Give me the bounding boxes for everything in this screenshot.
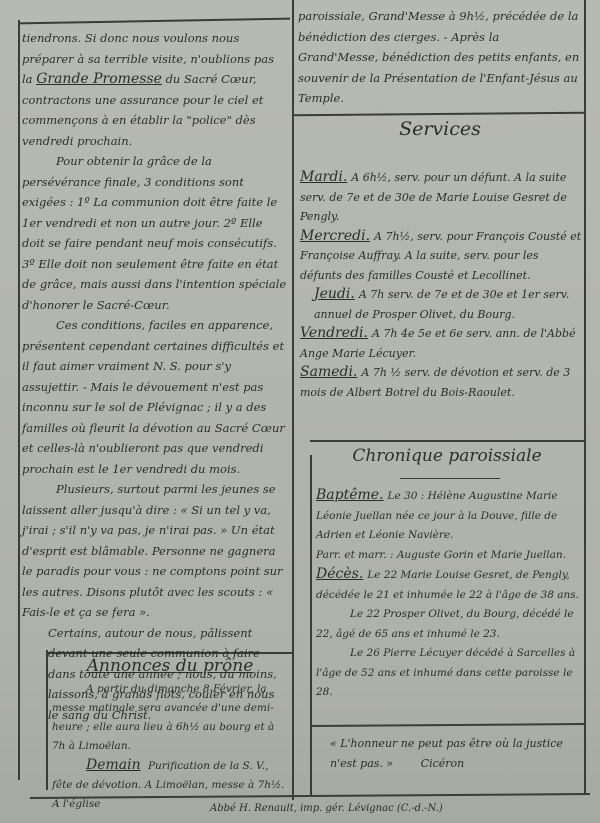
annonces-paragraph-1: A partir du dimanche 8 Février, la messe… [52,680,290,756]
intro-paragraph: tiendrons. Si donc nous voulons nous pré… [22,28,288,151]
parish-bulletin-page: tiendrons. Si donc nous voulons nous pré… [0,0,600,823]
left-margin-rule [18,20,20,780]
difficulties-paragraph: Ces conditions, faciles en apparence, pr… [22,315,288,479]
center-divider [292,0,294,800]
bapteme-entry: Baptême.Le 30 : Hélène Augustine Marie L… [316,486,582,546]
left-column-text: tiendrons. Si donc nous voulons nous pré… [22,28,288,725]
service-entry-mercredi: Mercredi.A 7h½, serv. pour François Cous… [300,227,582,286]
right-inner-rule [310,455,312,795]
services-title: Services [300,118,580,140]
printer-credit: Abbé H. Renault, imp. gér. Lévignac (C.-… [210,803,443,814]
chronique-title-underline [400,478,500,479]
day-label: Vendredi. [300,325,368,341]
day-label: Jeudi. [314,286,355,302]
annonces-title: Annonces du prône [50,656,290,676]
conditions-paragraph: Pour obtenir la grâce de la persévérance… [22,151,288,315]
right-top-text: paroissiale, Grand'Messe à 9h½, précédée… [298,6,580,109]
service-entry-jeudi: Jeudi.A 7h serv. de 7e et de 30e et 1er … [300,285,582,324]
chronique-top-rule [310,440,584,442]
service-entry-mardi: Mardi.A 6h½, serv. pour un défunt. A la … [300,168,582,227]
deces-entry-3: Le 26 Pierre Lécuyer décédé à Sarcelles … [316,644,582,703]
parrain-line: Parr. et marr. : Auguste Gorin et Marie … [316,546,582,566]
grande-promesse-heading: Grande Promesse [36,71,162,87]
deces-entry-2: Le 22 Prosper Olivet, du Bourg, décédé l… [316,605,582,644]
quote-block: « L'honneur ne peut pas être où la justi… [330,734,580,774]
deces-entry: Décès.Le 22 Marie Louise Gesret, de Peng… [316,565,582,605]
quote-top-rule [310,723,584,726]
bapteme-label: Baptême. [316,487,384,503]
day-label: Mardi. [300,169,347,185]
annonces-text: A partir du dimanche 8 Février, la messe… [52,680,290,814]
quote-author: Cicéron [421,757,465,770]
demain-label: Demain [86,757,141,773]
services-list: Mardi.A 6h½, serv. pour un défunt. A la … [300,168,582,402]
service-entry-vendredi: Vendredi.A 7h 4e 5e et 6e serv. ann. de … [300,324,582,363]
services-top-rule [294,112,584,116]
day-label: Mercredi. [300,228,370,244]
chronique-text: Baptême.Le 30 : Hélène Augustine Marie L… [316,486,582,703]
top-rule [18,18,290,24]
deces-label: Décès. [316,566,363,582]
chronique-title: Chronique paroissiale [312,446,582,466]
service-entry-samedi: Samedi.A 7h ½ serv. de dévotion et serv.… [300,363,582,402]
youth-paragraph: Plusieurs, surtout parmi les jeunes se l… [22,479,288,623]
right-margin-rule [584,0,586,795]
day-label: Samedi. [300,364,357,380]
